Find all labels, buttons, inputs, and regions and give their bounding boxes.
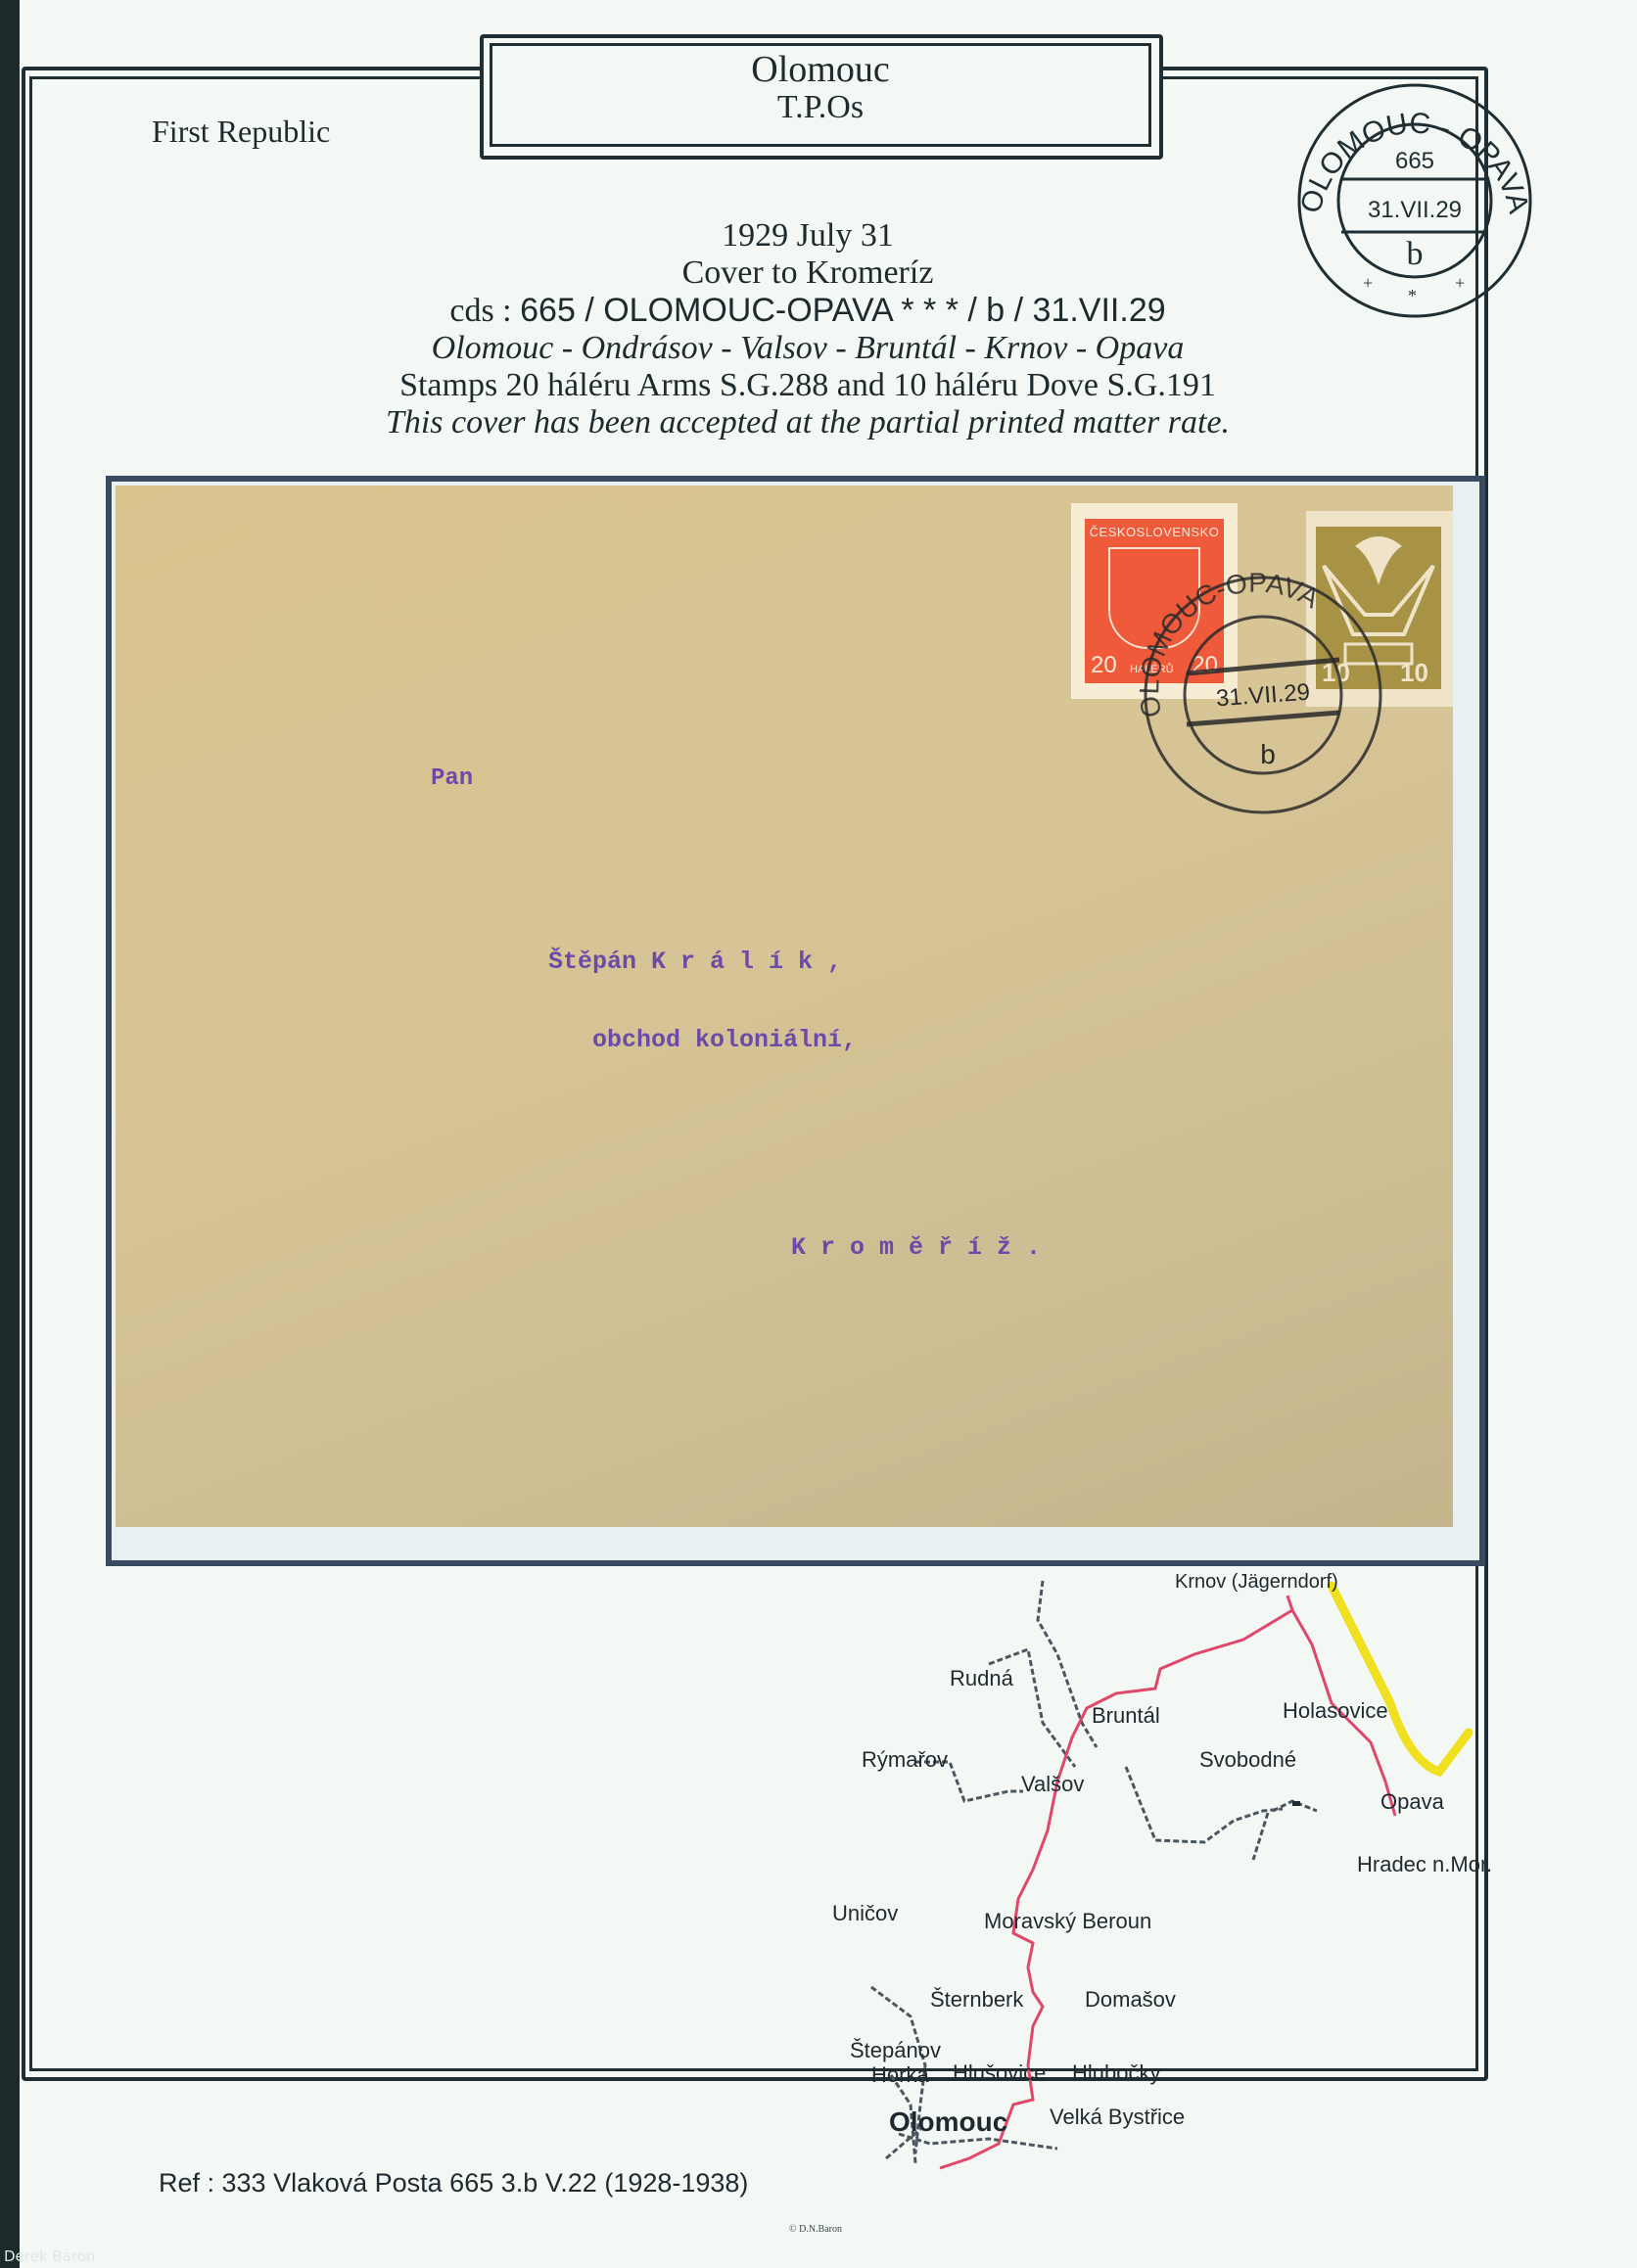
page-title: Olomouc — [492, 48, 1148, 91]
cover-date: 1929 July 31 — [245, 217, 1371, 255]
address-city: K r o m ě ř í ž . — [791, 1233, 1041, 1262]
stamps-line: Stamps 20 háléru Arms S.G.288 and 10 hál… — [245, 367, 1371, 404]
svg-text:31.VII.29: 31.VII.29 — [1215, 679, 1311, 713]
map-label-bruntal: Bruntál — [1092, 1703, 1160, 1729]
map-label-sternberk: Šternberk — [930, 1987, 1023, 2013]
svg-text:31.VII.29: 31.VII.29 — [1368, 197, 1462, 223]
copyright: © D.N.Baron — [789, 2224, 842, 2235]
map-label-olomouc: Olomouc — [889, 2106, 1007, 2138]
map-label-domasov: Domašov — [1085, 1987, 1176, 2013]
rate-note: This cover has been accepted at the part… — [245, 404, 1371, 441]
svg-text:+: + — [1363, 273, 1373, 293]
route-line: Olomouc - Ondrásov - Valsov - Bruntál - … — [245, 330, 1371, 367]
map-label-hlusovice: Hlušovice — [953, 2060, 1046, 2086]
map-label-opava: Opava — [1380, 1789, 1444, 1815]
map-label-holasovice: Holasovice — [1283, 1698, 1388, 1724]
map-label-rudna: Rudná — [950, 1666, 1013, 1691]
map-label-velka-bystrice: Velká Bystřice — [1050, 2105, 1185, 2130]
cds-value: 665 / OLOMOUC-OPAVA * * * / b / 31.VII.2… — [520, 292, 1166, 329]
map-label-krnov: Krnov (Jägerndorf) — [1175, 1571, 1338, 1594]
svg-text:b: b — [1407, 236, 1424, 272]
title-box-inner: Olomouc T.P.Os — [490, 43, 1151, 147]
page-subtitle: T.P.Os — [492, 91, 1148, 124]
svg-text:b: b — [1260, 739, 1276, 769]
svg-text:665: 665 — [1395, 148, 1434, 174]
map-label-horka: Horka — [871, 2062, 929, 2088]
cancellation-mark: OLOMOUC-OPAVA 31.VII.29 b — [1136, 568, 1390, 822]
address-name: Štěpán K r á l í k , — [548, 948, 842, 976]
svg-text:10: 10 — [1400, 658, 1428, 687]
address-salutation: Pan — [431, 765, 473, 792]
svg-text:*: * — [1408, 286, 1417, 305]
map-label-hlubocky: Hlubočky — [1072, 2060, 1160, 2086]
map-label-unicov: Uničov — [832, 1901, 898, 1926]
postmark-illustration: OLOMOUC - OPAVA 665 31.VII.29 b + * + — [1292, 78, 1537, 323]
railway-map: Krnov (Jägerndorf) Rudná Bruntál Holasov… — [822, 1556, 1527, 2212]
map-label-hradec: Hradec n.Mor. — [1357, 1852, 1492, 1877]
map-label-svobodne: Svobodné — [1199, 1747, 1296, 1773]
watermark: Derek Baron — [4, 2247, 95, 2265]
map-label-stepanov: Štepánov — [850, 2038, 941, 2063]
svg-text:+: + — [1455, 273, 1465, 293]
cover-subject: Cover to Kromeríz — [245, 255, 1371, 292]
map-label-moravsky-beroun: Moravský Beroun — [984, 1909, 1151, 1934]
cover-description: 1929 July 31 Cover to Kromeríz cds : 665… — [245, 217, 1371, 441]
reference-note: Ref : 333 Vlaková Posta 665 3.b V.22 (19… — [159, 2168, 748, 2199]
map-label-valsov: Valšov — [1021, 1772, 1084, 1797]
map-label-rymarov: Rýmařov — [862, 1747, 948, 1773]
section-label: First Republic — [152, 114, 330, 150]
scan-edge — [0, 0, 20, 2268]
address-business: obchod koloniální, — [592, 1026, 857, 1054]
cds-line: cds : 665 / OLOMOUC-OPAVA * * * / b / 31… — [245, 292, 1371, 330]
